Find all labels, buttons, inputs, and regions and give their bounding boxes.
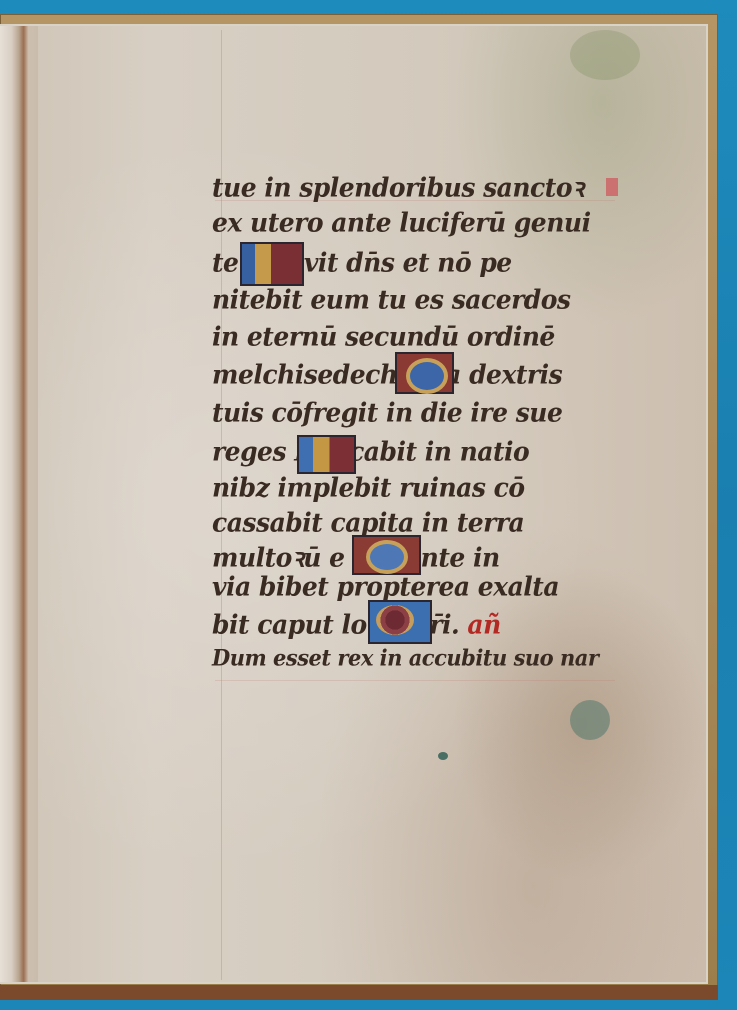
text-line: Dum esset rex in accubitu suo nar: [212, 644, 598, 670]
text-line: nitebit eum tu es sacerdos: [212, 284, 571, 314]
illuminated-initial-i: [297, 435, 356, 474]
text-line: via bibet propterea exalta: [212, 571, 559, 601]
text-line: in eternū secundū ordinē: [212, 321, 555, 351]
text-line: reges Iudicabit in natio: [212, 436, 529, 466]
text-line: melchisedech n̄s a dextris: [212, 359, 562, 389]
illuminated-initial-i: [240, 242, 304, 286]
green-stain: [570, 30, 640, 80]
ink-speck: [438, 752, 448, 760]
text-line: ex utero ante luciferū genui: [212, 207, 591, 237]
stain-spot: [570, 700, 610, 740]
text-line: tue in splendoribus sanctoꝛ: [212, 169, 583, 205]
text-line: bit caput loria pr̄i. añ: [212, 609, 501, 639]
binding-edge: [0, 26, 38, 982]
ruling-line: [215, 680, 615, 681]
frame-bottom-edge: [0, 985, 718, 1000]
text-line: tuis cōfregit in die ire sue: [212, 397, 562, 427]
rubric-antiphon: añ: [467, 609, 500, 639]
text-line: cassabit capita in terra: [212, 507, 524, 537]
red-mark: [606, 178, 618, 196]
illuminated-initial-d: [395, 352, 454, 394]
illuminated-initial-g: [368, 600, 432, 644]
illuminated-initial-d: [352, 535, 421, 575]
text-line: nibz implebit ruinas cō: [212, 472, 525, 502]
